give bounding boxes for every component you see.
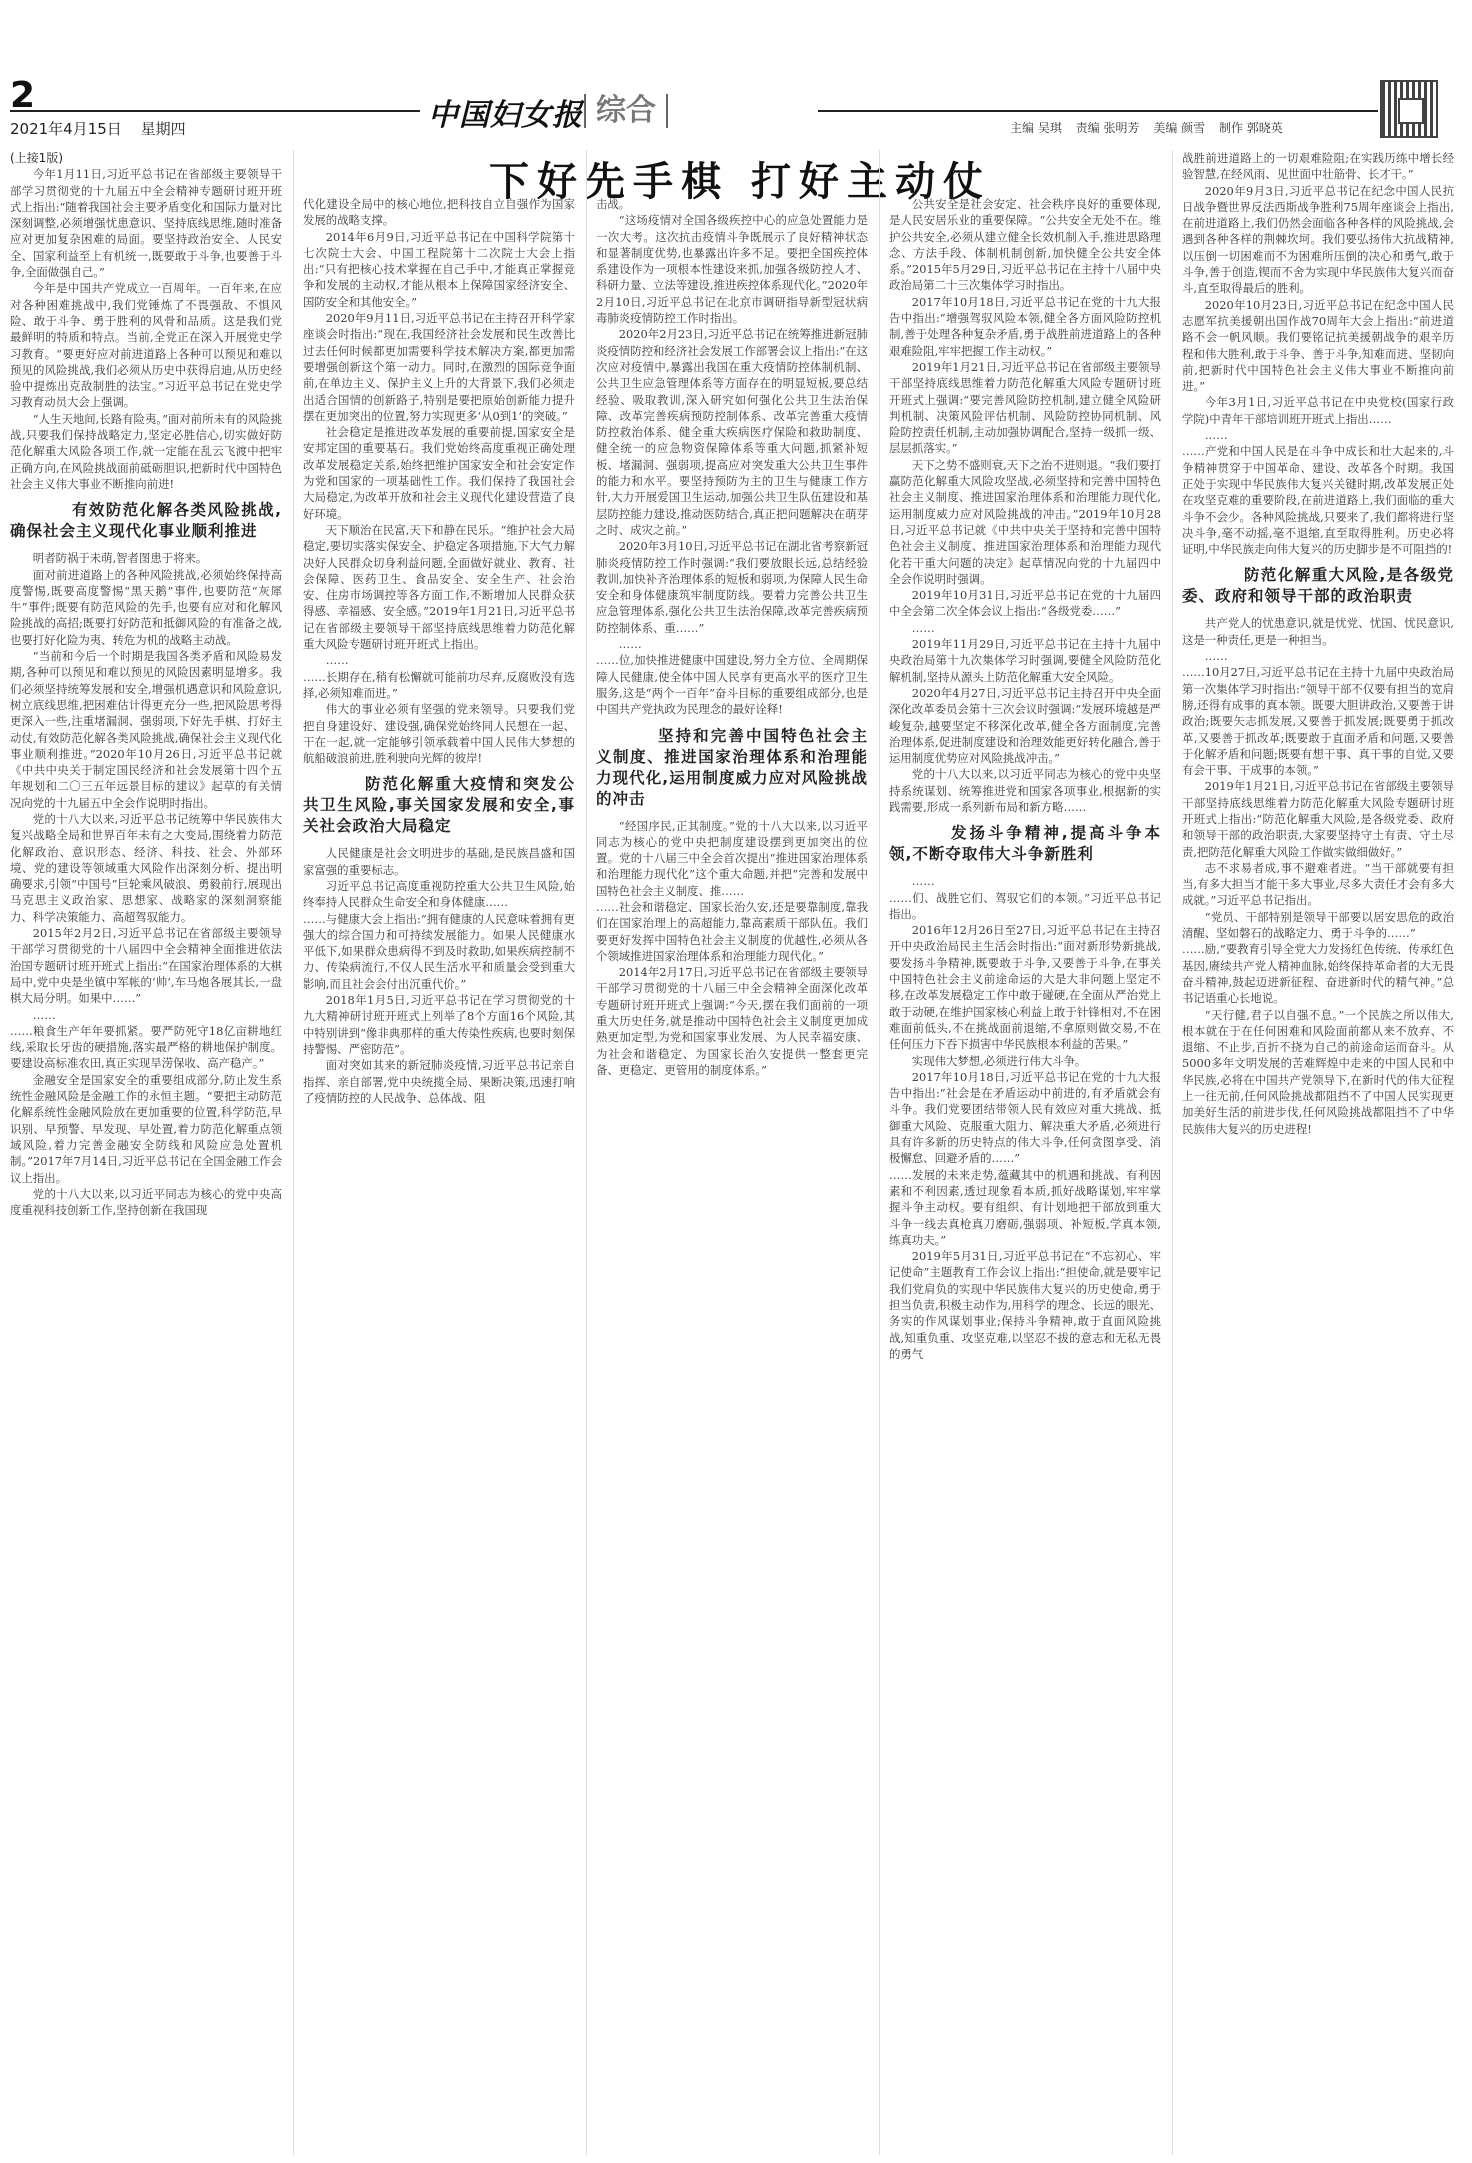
section-heading: 发扬斗争精神,提高斗争本领,不断夺取伟大斗争新胜利: [889, 823, 1161, 865]
qr-code-icon: [1380, 80, 1438, 138]
article-column-2: 代化建设全局中的核心地位,把科技自立自强作为国家发展的战略支撑。 2014年6月…: [303, 196, 575, 1106]
article-column-1: (上接1版) 今年1月11日,习近平总书记在省部级主要领导干部学习贯彻党的十九届…: [10, 150, 282, 1218]
masthead: 2 2021年4月15日 星期四 中国妇女报 综合 主编 吴琪 责编 张明芳 美…: [0, 0, 1472, 150]
paragraph: 今年1月11日,习近平总书记在省部级主要领导干部学习贯彻党的十九届五中全会精神专…: [10, 166, 282, 280]
paragraph: 2017年10月18日,习近平总书记在党的十九大报告中指出:“增强驾驭风险本领,…: [889, 294, 1161, 359]
issue-date: 2021年4月15日 星期四: [10, 118, 200, 139]
qr-code-center: [1398, 98, 1424, 124]
paragraph: 2018年1月5日,习近平总书记在学习贯彻党的十九大精神研讨班开班式上列举了8个…: [303, 992, 575, 1057]
paragraph: 共产党人的忧患意识,就是忧党、忧国、忧民意识,这是一种责任,更是一种担当。: [1182, 615, 1454, 648]
paragraph: 明者防祸于未萌,智者图患于将来。: [10, 550, 282, 566]
masthead-rule-left: [10, 110, 420, 112]
paragraph: ……: [10, 1007, 282, 1023]
paragraph: 今年是中国共产党成立一百周年。一百年来,在应对各种困难挑战中,我们党锤炼了不畏强…: [10, 280, 282, 410]
section-heading: 坚持和完善中国特色社会主义制度、推进国家治理体系和治理能力现代化,运用制度威力应…: [596, 726, 868, 810]
paragraph: ……: [1182, 427, 1454, 443]
column-divider: [1172, 150, 1173, 2155]
credit-art-editor: 美编 颜雪: [1153, 121, 1205, 135]
paragraph: ……: [889, 873, 1161, 889]
paragraph: 面对前进道路上的各种风险挑战,必须始终保持高度警惕,既要高度警惕“黑天鹅”事件,…: [10, 567, 282, 648]
paragraph: 公共安全是社会安定、社会秩序良好的重要体现,是人民安居乐业的重要保障。“公共安全…: [889, 196, 1161, 294]
date: 2021年4月15日: [10, 120, 122, 138]
paragraph: 2020年3月10日,习近平总书记在湖北省考察新冠肺炎疫情防控工作时强调:“我们…: [596, 538, 868, 636]
paragraph: ……: [596, 636, 868, 652]
paragraph: 人民健康是社会文明进步的基础,是民族昌盛和国家富强的重要标志。: [303, 845, 575, 878]
paragraph: 2017年10月18日,习近平总书记在党的十九大报告中指出:“社会是在矛盾运动中…: [889, 1069, 1161, 1167]
paragraph: ……位,加快推进健康中国建设,努力全方位、全周期保障人民健康,使全体中国人民享有…: [596, 652, 868, 717]
paragraph: ……: [303, 652, 575, 668]
credit-production: 制作 郭晓英: [1219, 121, 1283, 135]
paragraph: 社会稳定是推进改革发展的重要前提,国家安全是安邦定国的重要基石。我们党始终高度重…: [303, 424, 575, 522]
newspaper-logo: 中国妇女报: [428, 90, 583, 134]
paragraph: 2019年5月31日,习近平总书记在“不忘初心、牢记使命”主题教育工作会议上指出…: [889, 1248, 1161, 1362]
section-heading: 防范化解重大疫情和突发公共卫生风险,事关国家发展和安全,事关社会政治大局稳定: [303, 774, 575, 837]
paragraph: 天下顺治在民富,天下和静在民乐。“维护社会大局稳定,要切实落实保安全、护稳定各项…: [303, 522, 575, 652]
paragraph: ……产党和中国人民是在斗争中成长和壮大起来的,斗争精神贯穿于中国革命、建设、改革…: [1182, 443, 1454, 557]
weekday: 星期四: [141, 120, 186, 138]
paragraph: “这场疫情对全国各级疾控中心的应急处置能力是一次大考。这次抗击疫情斗争既展示了良…: [596, 212, 868, 326]
paragraph: 2015年2月2日,习近平总书记在省部级主要领导干部学习贯彻党的十八届四中全会精…: [10, 925, 282, 1006]
paragraph: 今年3月1日,习近平总书记在中央党校(国家行政学院)中青年干部培训班开班式上指出…: [1182, 394, 1454, 427]
paragraph: 伟大的事业必须有坚强的党来领导。只要我们党把自身建设好、建设强,确保党始终同人民…: [303, 701, 575, 766]
paragraph: 战胜前进道路上的一切艰难险阻;在实践历练中增长经验智慧,在经风雨、见世面中壮筋骨…: [1182, 150, 1454, 183]
paragraph: ……社会和谐稳定、国家长治久安,还是要靠制度,靠我们在国家治理上的高超能力,靠高…: [596, 899, 868, 964]
paragraph: 党的十八大以来,习近平总书记统筹中华民族伟大复兴战略全局和世界百年未有之大变局,…: [10, 811, 282, 925]
paragraph: 2019年1月21日,习近平总书记在省部级主要领导干部坚持底线思维着力防范化解重…: [889, 359, 1161, 457]
article-column-5: 战胜前进道路上的一切艰难险阻;在实践历练中增长经验智慧,在经风雨、见世面中壮筋骨…: [1182, 150, 1454, 1137]
paragraph: ……励,“要教育引导全党大力发扬红色传统、传承红色基因,赓续共产党人精神血脉,始…: [1182, 941, 1454, 1006]
section-heading: 有效防范化解各类风险挑战,确保社会主义现代化事业顺利推进: [10, 500, 282, 542]
paragraph: 击战。: [596, 196, 868, 212]
paragraph: ……10月27日,习近平总书记在主持十九届中央政治局第一次集体学习时指出:“领导…: [1182, 664, 1454, 778]
paragraph: 2020年10月23日,习近平总书记在纪念中国人民志愿军抗美援朝出国作战70周年…: [1182, 297, 1454, 395]
paragraph: ……发展的未来走势,蕴藏其中的机遇和挑战、有利因素和不利因素,透过现象看本质,抓…: [889, 1167, 1161, 1248]
paragraph: “当前和今后一个时期是我国各类矛盾和风险易发期,各种可以预见和难以预见的风险因素…: [10, 648, 282, 811]
column-divider: [586, 150, 587, 2155]
paragraph: “天行健,君子以自强不息。”一个民族之所以伟大,根本就在于在任何困难和风险面前都…: [1182, 1007, 1454, 1137]
paragraph: 2020年4月27日,习近平总书记主持召开中央全面深化改革委员会第十三次会议时强…: [889, 685, 1161, 766]
paragraph: ……们、战胜它们、驾驭它们的本领。”习近平总书记指出。: [889, 890, 1161, 923]
section-label: 综合: [584, 94, 668, 128]
paragraph: 2020年9月11日,习近平总书记在主持召开科学家座谈会时指出:“现在,我国经济…: [303, 310, 575, 424]
article-column-3: 击战。 “这场疫情对全国各级疾控中心的应急处置能力是一次大考。这次抗击疫情斗争既…: [596, 196, 868, 1078]
editor-credits: 主编 吴琪 责编 张明芳 美编 颜雪 制作 郭晓英: [1010, 119, 1293, 136]
continued-label: (上接1版): [10, 150, 282, 166]
paragraph: 2014年2月17日,习近平总书记在省部级主要领导干部学习贯彻党的十八届三中全会…: [596, 964, 868, 1078]
paragraph: 党的十八大以来,以习近平同志为核心的党中央坚持系统谋划、统筹推进党和国家各项事业…: [889, 766, 1161, 815]
paragraph: 志不求易者成,事不避难者进。“当干部就要有担当,有多大担当才能干多大事业,尽多大…: [1182, 860, 1454, 909]
paragraph: ……: [889, 620, 1161, 636]
paragraph: 代化建设全局中的核心地位,把科技自立自强作为国家发展的战略支撑。: [303, 196, 575, 229]
paragraph: 面对突如其来的新冠肺炎疫情,习近平总书记亲自指挥、亲自部署,党中央统揽全局、果断…: [303, 1057, 575, 1106]
masthead-rule-right: [818, 110, 1378, 112]
page-number: 2: [10, 78, 35, 114]
paragraph: 实现伟大梦想,必须进行伟大斗争。: [889, 1053, 1161, 1069]
paragraph: “经国序民,正其制度。”党的十八大以来,以习近平同志为核心的党中央把制度建设摆到…: [596, 818, 868, 899]
paragraph: ……与健康大会上指出:“拥有健康的人民意味着拥有更强大的综合国力和可持续发展能力…: [303, 911, 575, 992]
paragraph: 2020年9月3日,习近平总书记在纪念中国人民抗日战争暨世界反法西斯战争胜利75…: [1182, 183, 1454, 297]
article-column-4: 公共安全是社会安定、社会秩序良好的重要体现,是人民安居乐业的重要保障。“公共安全…: [889, 196, 1161, 1362]
paragraph: ……粮食生产年年要抓紧。要严防死守18亿亩耕地红线,采取长牙齿的硬措施,落实最严…: [10, 1023, 282, 1072]
paragraph: 2019年10月31日,习近平总书记在党的十九届四中全会第二次全体会议上指出:“…: [889, 587, 1161, 620]
paragraph: 党的十八大以来,以习近平同志为核心的党中央高度重视科技创新工作,坚持创新在我国现: [10, 1186, 282, 1219]
section-heading: 防范化解重大风险,是各级党委、政府和领导干部的政治职责: [1182, 565, 1454, 607]
paragraph: ……: [1182, 648, 1454, 664]
credit-responsible-editor: 责编 张明芳: [1076, 121, 1140, 135]
paragraph: 习近平总书记高度重视防控重大公共卫生风险,始终奉持人民群众生命安全和身体健康……: [303, 878, 575, 911]
paragraph: 2016年12月26日至27日,习近平总书记在主持召开中央政治局民主生活会时指出…: [889, 922, 1161, 1052]
paragraph: ……长期存在,稍有松懈就可能前功尽弃,反腐败没有选择,必须知难而进。”: [303, 669, 575, 702]
column-divider: [293, 150, 294, 2155]
paragraph: 天下之势不盛则衰,天下之治不进则退。“我们要打赢防范化解重大风险攻坚战,必须坚持…: [889, 457, 1161, 587]
paragraph: “党员、干部特别是领导干部要以居安思危的政治清醒、坚如磐石的战略定力、勇于斗争的…: [1182, 909, 1454, 942]
credit-chief-editor: 主编 吴琪: [1010, 121, 1062, 135]
column-divider: [879, 150, 880, 2155]
paragraph: 2019年11月29日,习近平总书记在主持十九届中央政治局第十九次集体学习时强调…: [889, 636, 1161, 685]
paragraph: 2020年2月23日,习近平总书记在统筹推进新冠肺炎疫情防控和经济社会发展工作部…: [596, 326, 868, 538]
paragraph: 金融安全是国家安全的重要组成部分,防止发生系统性金融风险是金融工作的永恒主题。“…: [10, 1072, 282, 1186]
paragraph: 2014年6月9日,习近平总书记在中国科学院第十七次院士大会、中国工程院第十二次…: [303, 229, 575, 310]
section-name: 综合: [596, 93, 656, 128]
paragraph: “人生天地间,长路有险夷。”面对前所未有的风险挑战,只要我们保持战略定力,坚定必…: [10, 411, 282, 492]
paragraph: 2019年1月21日,习近平总书记在省部级主要领导干部坚持底线思维着力防范化解重…: [1182, 778, 1454, 859]
